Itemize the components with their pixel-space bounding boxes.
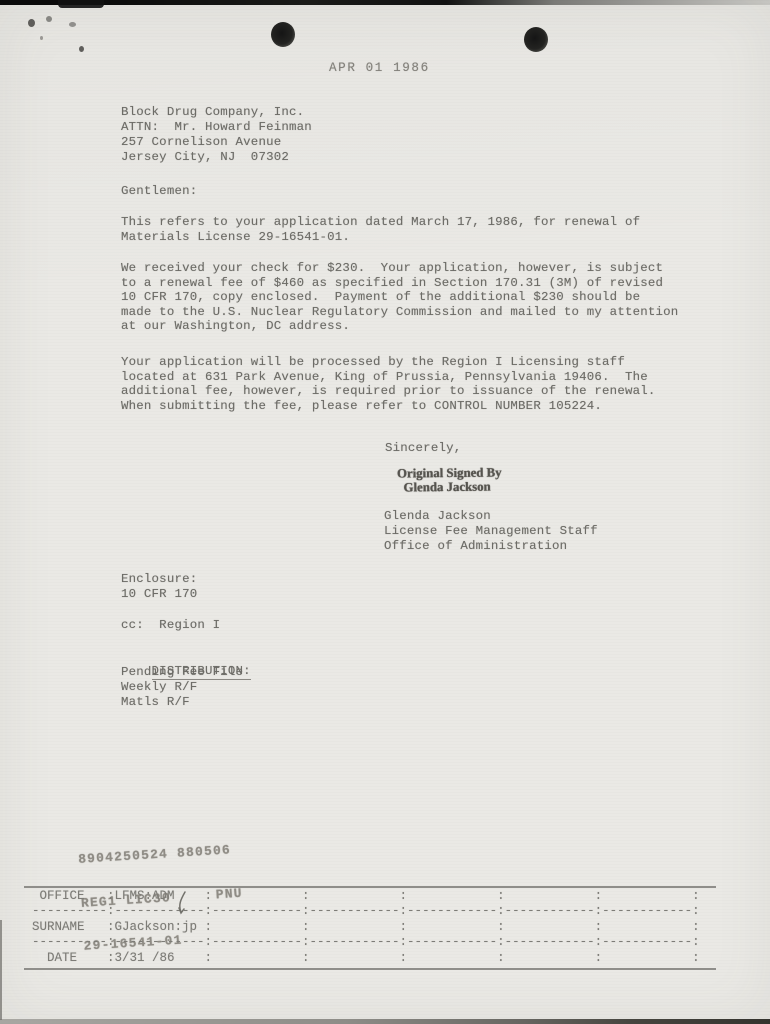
body-paragraph-2: We received your check for $230. Your ap…: [121, 261, 678, 334]
enclosure-note: Enclosure: 10 CFR 170: [121, 572, 197, 602]
scan-top-edge-artifact: [0, 0, 770, 5]
dust-speck: [46, 16, 52, 22]
scan-left-edge-artifact: [0, 920, 2, 1020]
recipient-address: Block Drug Company, Inc. ATTN: Mr. Howar…: [121, 105, 312, 165]
concurrence-row-date: DATE :3/31 /86 : : : : : :: [32, 951, 716, 966]
handwritten-pen-mark: [176, 891, 190, 915]
distribution-list: Pending Fee File Weekly R/F Matls R/F: [121, 665, 243, 710]
concurrence-row-office: OFFICE :LFMS:ADM : : : : : :: [32, 889, 716, 904]
salutation: Gentlemen:: [121, 184, 197, 199]
punch-hole: [524, 27, 548, 52]
accession-line-1: 8904250524 880506: [78, 843, 241, 868]
scanned-letter-page: APR 01 1986 Block Drug Company, Inc. ATT…: [0, 0, 770, 1024]
cc-line: cc: Region I: [121, 618, 220, 633]
closing: Sincerely,: [385, 441, 461, 456]
scan-top-edge-notch: [58, 0, 104, 8]
concurrence-separator: ----------:------------:------------:---…: [32, 935, 716, 950]
signature-block: Glenda Jackson License Fee Management St…: [384, 509, 598, 554]
dust-speck: [79, 46, 84, 52]
dust-speck: [28, 19, 35, 27]
date-received-stamp: APR 01 1986: [329, 61, 430, 76]
concurrence-table: OFFICE :LFMS:ADM : : : : : : ----------:…: [24, 886, 716, 970]
body-paragraph-1: This refers to your application dated Ma…: [121, 215, 640, 244]
punch-hole: [271, 22, 295, 47]
original-signed-by-stamp: Original Signed By Glenda Jackson: [397, 465, 502, 494]
concurrence-separator: ----------:------------:------------:---…: [32, 904, 716, 919]
dust-speck: [69, 22, 76, 27]
dust-speck: [40, 36, 43, 40]
concurrence-row-surname: SURNAME :GJackson:jp : : : : : :: [32, 920, 716, 935]
scan-bottom-edge-artifact: [0, 1019, 770, 1024]
body-paragraph-3: Your application will be processed by th…: [121, 355, 656, 413]
